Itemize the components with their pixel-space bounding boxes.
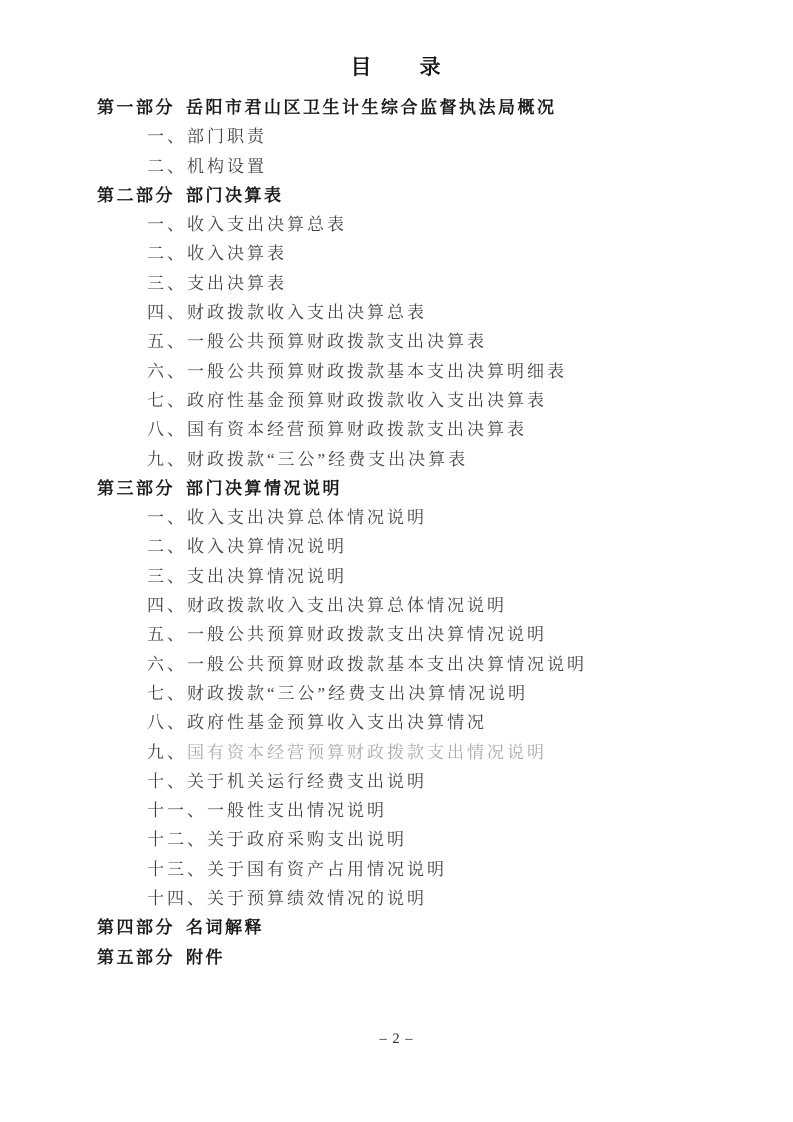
toc-section-part-label: 第三部分: [97, 479, 175, 498]
toc-item: 十三、关于国有资产占用情况说明: [97, 855, 753, 884]
toc-section-3-heading: 第三部分部门决算情况说明: [97, 474, 753, 503]
toc-item-number: 一、: [147, 215, 187, 234]
toc-item-text: 关于机关运行经费支出说明: [187, 772, 427, 791]
toc-item-number: 一、: [147, 508, 187, 527]
toc-section-title: 岳阳市君山区卫生计生综合监督执法局概况: [186, 98, 557, 117]
toc-item-text: 关于政府采购支出说明: [207, 830, 407, 849]
toc-item-text: 收入支出决算总表: [187, 215, 347, 234]
toc-item-text: 收入支出决算总体情况说明: [187, 508, 427, 527]
toc-item-text: 财政拨款“三公”经费支出决算情况说明: [187, 684, 528, 703]
toc-item-text: 一般公共预算财政拨款支出决算情况说明: [187, 625, 547, 644]
toc-item-text: 一般公共预算财政拨款基本支出决算明细表: [187, 362, 567, 381]
toc-item: 八、政府性基金预算收入支出决算情况: [97, 708, 753, 737]
page-number: – 2 –: [0, 1031, 793, 1048]
toc-item-number: 八、: [147, 713, 187, 732]
toc-item-muted: 九、国有资本经营预算财政拨款支出情况说明: [97, 738, 753, 767]
toc-item: 一、收入支出决算总体情况说明: [97, 503, 753, 532]
toc-item-number: 八、: [147, 420, 187, 439]
page-title: 目 录: [0, 52, 793, 82]
toc-item-number: 十二、: [147, 830, 207, 849]
toc-item: 五、一般公共预算财政拨款支出决算表: [97, 327, 753, 356]
toc-section-1-heading: 第一部分岳阳市君山区卫生计生综合监督执法局概况: [97, 93, 753, 122]
toc-item-number: 四、: [147, 596, 187, 615]
toc-item: 一、收入支出决算总表: [97, 210, 753, 239]
toc-item: 十四、关于预算绩效情况的说明: [97, 884, 753, 913]
toc-item: 八、国有资本经营预算财政拨款支出决算表: [97, 415, 753, 444]
toc-item-text: 关于国有资产占用情况说明: [207, 860, 447, 879]
toc-item-number: 五、: [147, 625, 187, 644]
toc-item: 四、财政拨款收入支出决算总表: [97, 298, 753, 327]
toc-item-number: 九、: [147, 743, 187, 762]
toc-item-text: 一般公共预算财政拨款支出决算表: [187, 332, 487, 351]
toc-item-number: 三、: [147, 274, 187, 293]
toc-item-number: 二、: [147, 244, 187, 263]
toc-item-text: 收入决算表: [187, 244, 287, 263]
toc-item: 十、关于机关运行经费支出说明: [97, 767, 753, 796]
toc-item: 五、一般公共预算财政拨款支出决算情况说明: [97, 620, 753, 649]
toc-item-text: 财政拨款收入支出决算总表: [187, 303, 427, 322]
toc-item: 二、机构设置: [97, 152, 753, 181]
table-of-contents: 第一部分岳阳市君山区卫生计生综合监督执法局概况 一、部门职责 二、机构设置 第二…: [97, 93, 753, 972]
toc-item-number: 六、: [147, 655, 187, 674]
toc-section-part-label: 第五部分: [97, 948, 175, 967]
toc-item-number: 二、: [147, 157, 187, 176]
toc-section-part-label: 第二部分: [97, 186, 175, 205]
toc-item-text: 支出决算表: [187, 274, 287, 293]
toc-item-text: 部门职责: [187, 127, 267, 146]
toc-item: 七、政府性基金预算财政拨款收入支出决算表: [97, 386, 753, 415]
toc-item-text: 收入决算情况说明: [187, 537, 347, 556]
toc-item-number: 九、: [147, 450, 187, 469]
toc-item: 九、财政拨款“三公”经费支出决算表: [97, 445, 753, 474]
toc-item-text: 政府性基金预算收入支出决算情况: [187, 713, 487, 732]
toc-section-part-label: 第一部分: [97, 98, 175, 117]
toc-section-part-label: 第四部分: [97, 918, 175, 937]
toc-item-text: 机构设置: [187, 157, 267, 176]
toc-item-text: 国有资本经营预算财政拨款支出情况说明: [187, 743, 547, 762]
document-page: 目 录 第一部分岳阳市君山区卫生计生综合监督执法局概况 一、部门职责 二、机构设…: [0, 0, 793, 1122]
toc-item-text: 财政拨款“三公”经费支出决算表: [187, 450, 468, 469]
toc-item-number: 十三、: [147, 860, 207, 879]
toc-section-title: 附件: [186, 948, 225, 967]
toc-section-5-heading: 第五部分附件: [97, 943, 753, 972]
toc-item-number: 一、: [147, 127, 187, 146]
toc-item-number: 四、: [147, 303, 187, 322]
toc-item-number: 五、: [147, 332, 187, 351]
toc-item-text: 政府性基金预算财政拨款收入支出决算表: [187, 391, 547, 410]
toc-item-number: 十四、: [147, 889, 207, 908]
toc-item-text: 国有资本经营预算财政拨款支出决算表: [187, 420, 527, 439]
toc-item: 六、一般公共预算财政拨款基本支出决算明细表: [97, 357, 753, 386]
toc-item: 二、收入决算情况说明: [97, 532, 753, 561]
toc-section-title: 部门决算情况说明: [186, 479, 342, 498]
toc-item-text: 支出决算情况说明: [187, 567, 347, 586]
toc-item-text: 财政拨款收入支出决算总体情况说明: [187, 596, 507, 615]
toc-section-title: 部门决算表: [186, 186, 284, 205]
toc-item: 三、支出决算表: [97, 269, 753, 298]
toc-item-number: 十一、: [147, 801, 207, 820]
toc-item-text: 一般公共预算财政拨款基本支出决算情况说明: [187, 655, 587, 674]
toc-section-title: 名词解释: [186, 918, 264, 937]
toc-item: 七、财政拨款“三公”经费支出决算情况说明: [97, 679, 753, 708]
toc-item: 四、财政拨款收入支出决算总体情况说明: [97, 591, 753, 620]
toc-section-2-heading: 第二部分部门决算表: [97, 181, 753, 210]
toc-item-number: 三、: [147, 567, 187, 586]
toc-item-number: 二、: [147, 537, 187, 556]
toc-item-number: 七、: [147, 684, 187, 703]
toc-item: 一、部门职责: [97, 122, 753, 151]
toc-item-text: 关于预算绩效情况的说明: [207, 889, 427, 908]
toc-item: 十一、一般性支出情况说明: [97, 796, 753, 825]
toc-item-number: 十、: [147, 772, 187, 791]
toc-item: 六、一般公共预算财政拨款基本支出决算情况说明: [97, 650, 753, 679]
toc-item-number: 六、: [147, 362, 187, 381]
toc-item-text: 一般性支出情况说明: [207, 801, 387, 820]
toc-item-number: 七、: [147, 391, 187, 410]
toc-item: 二、收入决算表: [97, 239, 753, 268]
toc-item: 十二、关于政府采购支出说明: [97, 825, 753, 854]
toc-section-4-heading: 第四部分名词解释: [97, 913, 753, 942]
toc-item: 三、支出决算情况说明: [97, 562, 753, 591]
